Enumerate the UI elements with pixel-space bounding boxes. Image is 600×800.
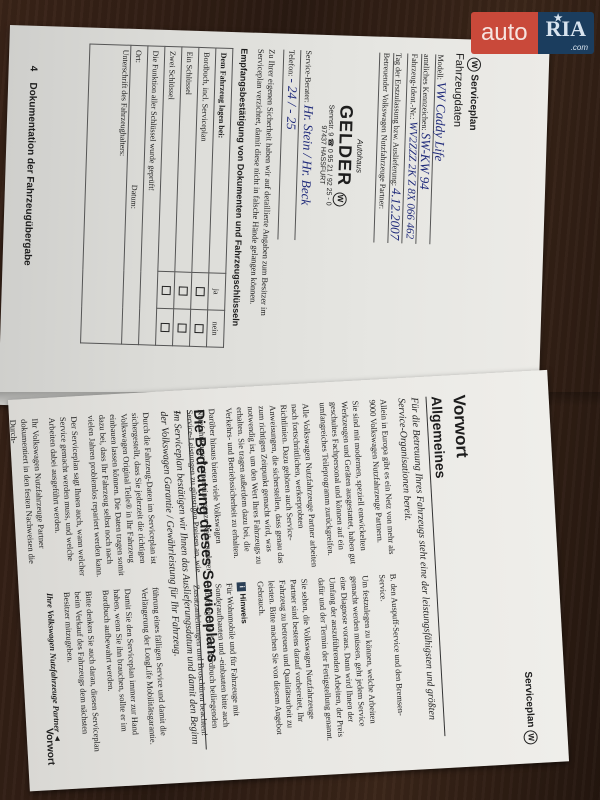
receipt-table: Dem Fahrzeug lagen bei: ja nein Bordbuch… [80, 44, 233, 348]
field-value-phone: - 24 / - 25 [284, 78, 301, 130]
paragraph: Damit Sie den Serviceplan immer zur Hand… [100, 588, 142, 755]
field-value-advisor: Hr. Stein / Hr. Beck [298, 105, 316, 206]
running-head-left: W Serviceplan [465, 57, 481, 130]
stamp-dealer-name: GELDER W [332, 95, 357, 216]
right-page-content: Vorwort Allgemeines Für die Betreuung Ih… [8, 370, 569, 792]
field-label: amtliches Kennzeichen: [420, 54, 431, 131]
star-icon: ★ [554, 14, 563, 24]
watermark-auto: auto [471, 12, 538, 54]
left-page-footer: 4 Dokumentation der Fahrzeugübergabe [21, 66, 38, 266]
running-head-text: Serviceplan [522, 671, 536, 728]
watermark-ria: ★ RIA .com [538, 12, 594, 54]
title-vorwort: Vorwort [448, 394, 471, 458]
column-4: führung eines fälligen Service und damit… [44, 587, 170, 758]
right-page: Vorwort Allgemeines Für die Betreuung Ih… [8, 370, 569, 792]
advisor-block: Service-Berater: Hr. Stein / Hr. Beck Te… [277, 50, 317, 241]
paragraph: Sie sehen, die Volkswagen Nutzfahrzeuge … [255, 578, 319, 746]
vw-logo-icon: W [523, 730, 538, 745]
checkbox-no[interactable] [178, 323, 187, 332]
vw-logo-icon: W [467, 57, 481, 71]
field-value-model: VW Caddy Life [432, 82, 449, 162]
paragraph: Der Serviceplan sagt Ihnen auch, wann we… [46, 416, 88, 583]
field-label: Telefon: [287, 50, 297, 77]
field-label: Fahrzeug-Ident.-Nr.: [408, 54, 419, 120]
field-label: Service-Berater: [303, 50, 314, 103]
page-number: 4 [28, 66, 39, 72]
checkbox-yes[interactable] [196, 286, 205, 295]
watermark-suffix: .com [571, 44, 588, 52]
date-label: Datum: [130, 185, 140, 209]
checkbox-yes[interactable] [179, 286, 188, 295]
running-head-text: Serviceplan [467, 74, 480, 130]
paragraph: Allein in Europa gibt es ein Netz von me… [367, 399, 398, 565]
field-value-date: 4.12.2007 [387, 188, 404, 240]
right-page-footer: Vorwort [43, 728, 56, 766]
column-3: Durch die Fahrzeug-Daten im Serviceplan … [7, 412, 160, 585]
col-header-yes: ja [208, 273, 226, 311]
security-note: Zu Ihrer eigenen Sicherheit haben wir au… [246, 49, 277, 350]
paragraph: führung eines fälligen Service und damit… [139, 587, 170, 753]
paragraph: Durch die Fahrzeug-Daten im Serviceplan … [85, 412, 160, 580]
paragraph: Bitte denken Sie auch daran, diesen Serv… [61, 591, 103, 758]
info-icon: i [237, 582, 246, 591]
vw-logo-icon: W [332, 192, 346, 206]
running-head-right: Serviceplan W [520, 671, 538, 745]
left-page-content: W Serviceplan Fahrzeugdaten Modell: VW C… [0, 25, 550, 422]
autoria-watermark: auto ★ RIA .com [471, 12, 594, 54]
dealer-stamp: Autohaus GELDER W Sennstr. 9 ☎ 0 95 21 /… [317, 95, 366, 216]
left-page: W Serviceplan Fahrzeugdaten Modell: VW C… [0, 25, 550, 422]
field-value-plate: SW-KW 94 [417, 133, 434, 190]
paragraph: Sie sind mit modernen, speziell entwicke… [317, 400, 370, 567]
checkbox-no[interactable] [161, 322, 170, 331]
note-title: Hinweis [238, 593, 249, 624]
vehicle-data-form: Modell: VW Caddy Life amtliches Kennzeic… [373, 53, 449, 245]
checkbox-yes[interactable] [162, 285, 171, 294]
paragraph: B. den Auspuff-Service und den Bremsen-S… [376, 573, 407, 739]
section-title-fahrzeugdaten: Fahrzeugdaten [451, 53, 465, 127]
watermark-ria-text: RIA [546, 16, 586, 41]
receipt-title: Empfangsbestätigung von Dokumenten und F… [231, 48, 250, 326]
paragraph: Um festzulegen zu können, welche Arbeite… [315, 575, 379, 743]
checkbox-no[interactable] [195, 323, 204, 332]
col-header-no: nein [206, 310, 224, 348]
footer-title: Dokumentation der Fahrzeugübergabe [21, 82, 38, 266]
paragraph: Alle Volkswagen Nutzfahrzeuge Partner ar… [223, 403, 320, 573]
place-label: Ort: [134, 50, 143, 63]
field-label: Modell: [435, 54, 445, 80]
